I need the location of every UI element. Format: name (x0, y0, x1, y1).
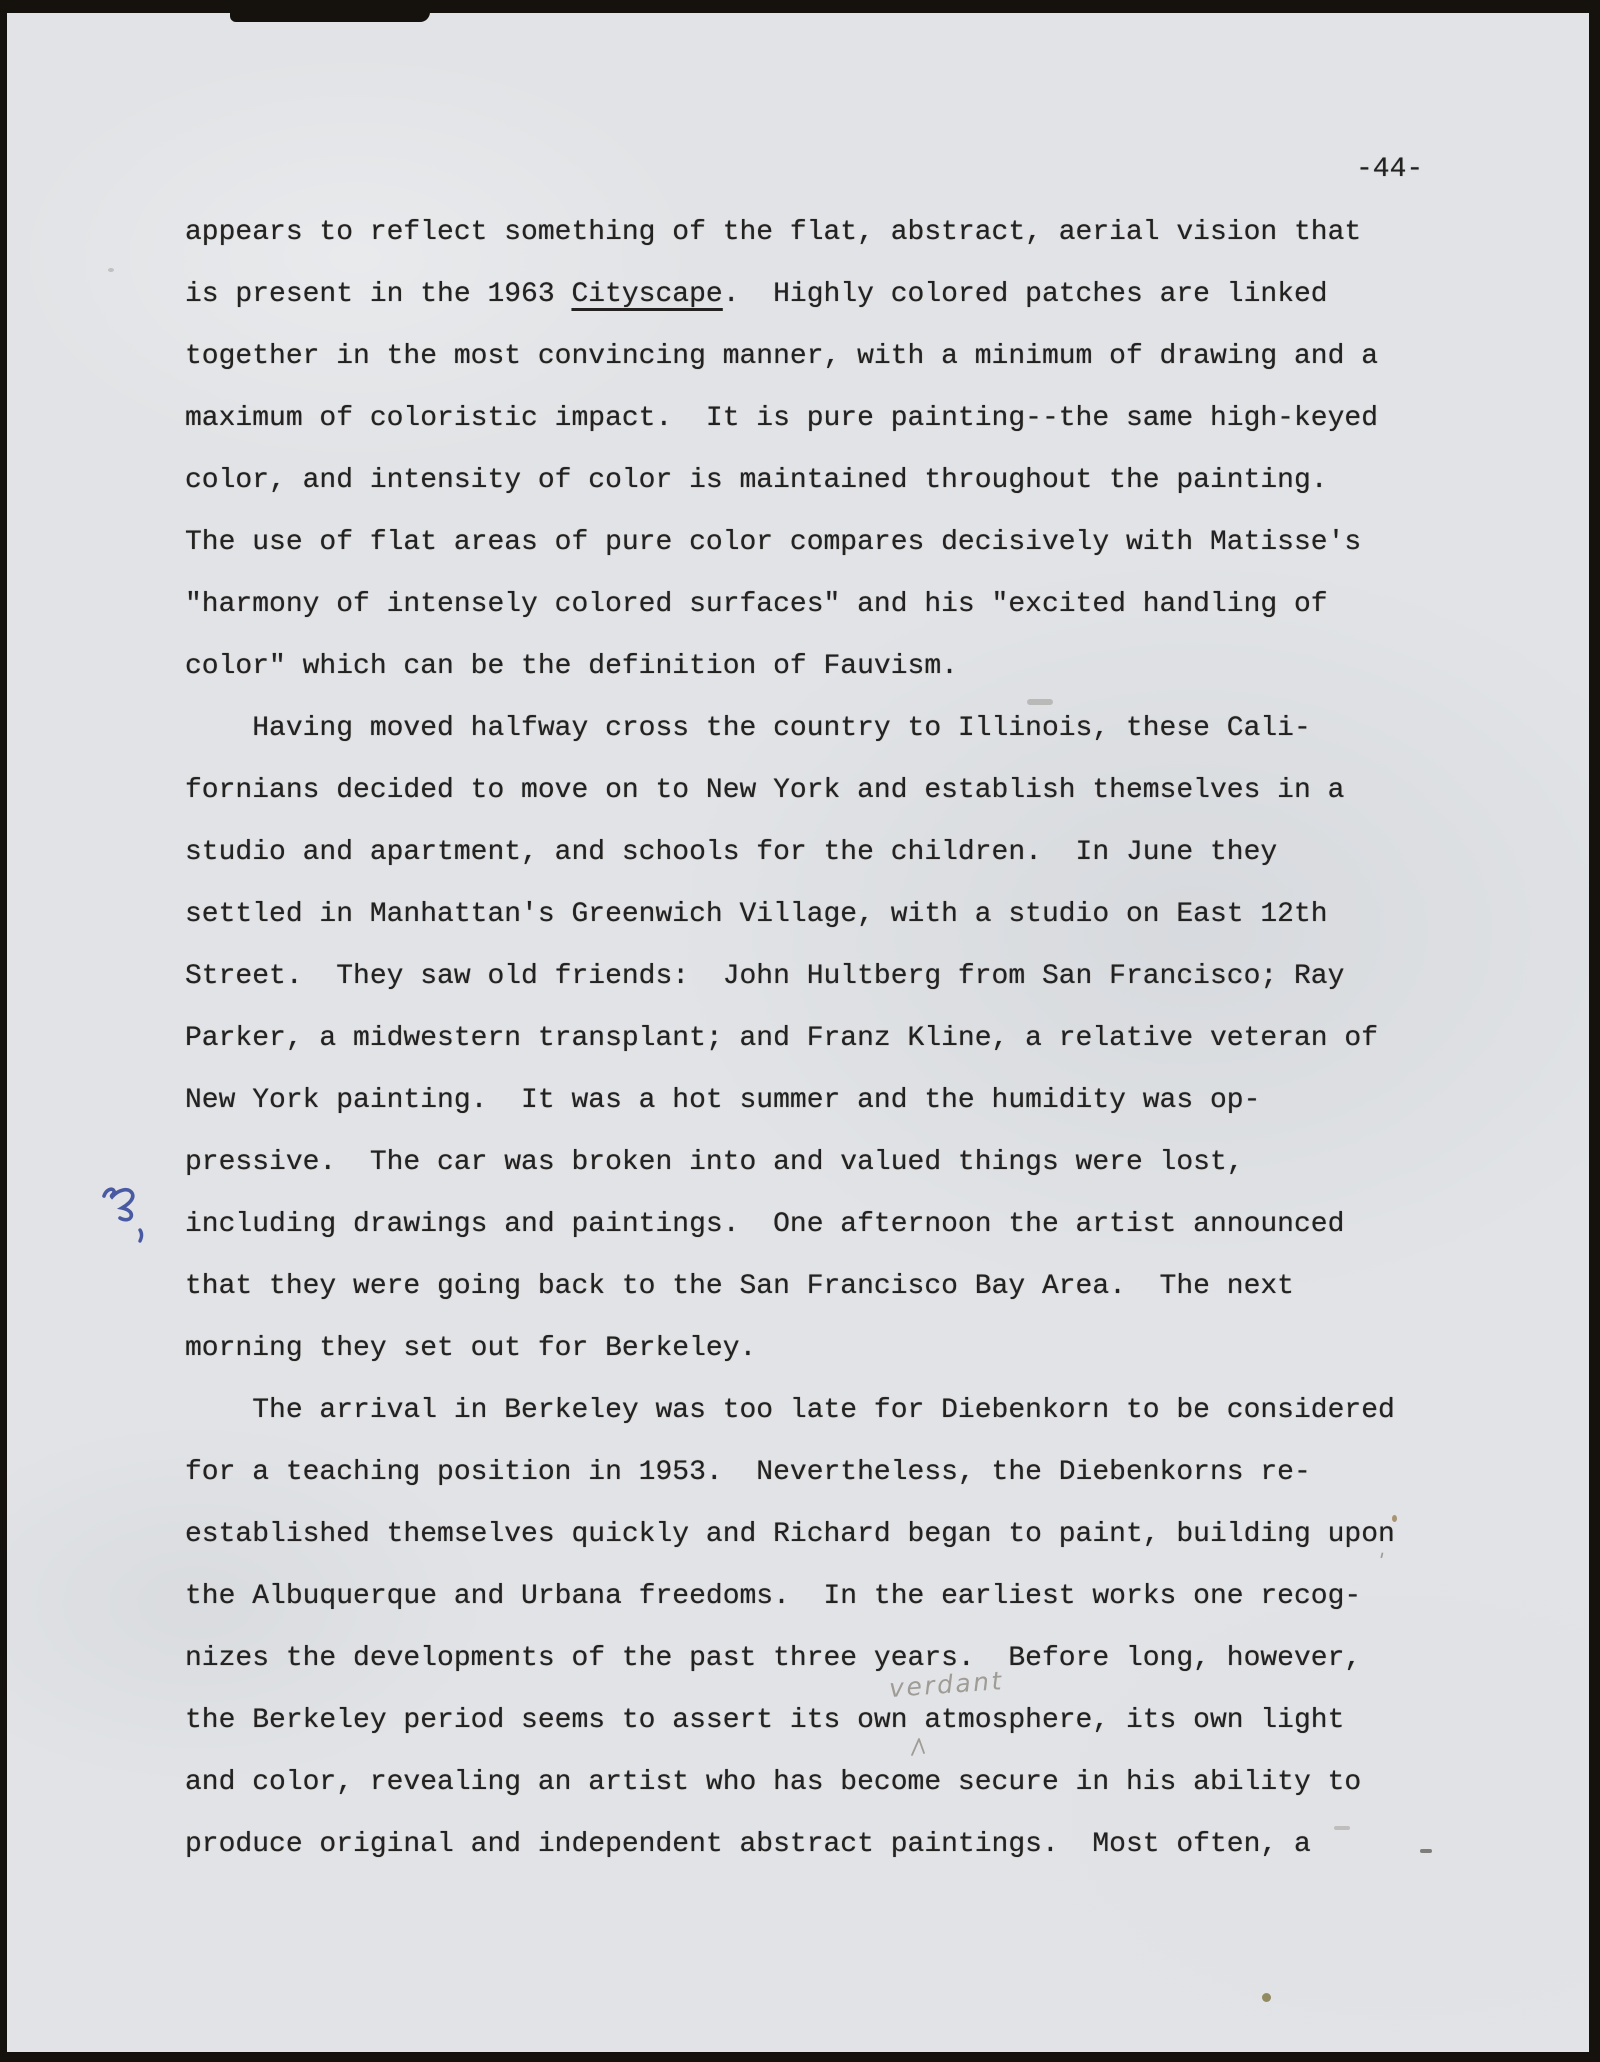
text-line: produce original and independent abstrac… (185, 1828, 1311, 1862)
text-line: established themselves quickly and Richa… (185, 1518, 1395, 1552)
scanned-document-page: { "document": { "page_number": "-44-", "… (0, 0, 1600, 2062)
text-line: Street. They saw old friends: John Hultb… (185, 960, 1344, 994)
text-line: and color, revealing an artist who has b… (185, 1766, 1361, 1800)
text-line: studio and apartment, and schools for th… (185, 836, 1277, 870)
text-line: The arrival in Berkeley was too late for… (185, 1394, 1395, 1428)
text-line: Having moved halfway cross the country t… (185, 712, 1311, 746)
text-line: including drawings and paintings. One af… (185, 1208, 1344, 1242)
text-line: the Albuquerque and Urbana freedoms. In … (185, 1580, 1361, 1614)
text-line: is present in the 1963 Cityscape. Highly… (185, 278, 1328, 312)
paper-speck (108, 268, 114, 272)
text-line: the Berkeley period seems to assert its … (185, 1704, 1344, 1738)
handwritten-margin-mark-icon (96, 1182, 156, 1246)
text-line: New York painting. It was a hot summer a… (185, 1084, 1260, 1118)
text-line: for a teaching position in 1953. Neverth… (185, 1456, 1311, 1490)
scan-background-border: -44- appears to reflect something of the… (0, 0, 1600, 2062)
paper-speck (1262, 1993, 1271, 2002)
paper-speck (1392, 1515, 1397, 1522)
text-line: color, and intensity of color is maintai… (185, 464, 1328, 498)
text-line: "harmony of intensely colored surfaces" … (185, 588, 1328, 622)
paper-speck (1420, 1849, 1432, 1853)
text-line: appears to reflect something of the flat… (185, 216, 1361, 250)
underlined-artwork-title: Cityscape (571, 279, 722, 310)
text-line: Parker, a midwestern transplant; and Fra… (185, 1022, 1378, 1056)
pencil-dash-mark (1334, 1826, 1350, 1830)
text-line: pressive. The car was broken into and va… (185, 1146, 1244, 1180)
paper-smudge (1027, 699, 1053, 705)
text-line: maximum of coloristic impact. It is pure… (185, 402, 1378, 436)
text-line: nizes the developments of the past three… (185, 1642, 1361, 1676)
text-line: The use of flat areas of pure color comp… (185, 526, 1361, 560)
text-line: settled in Manhattan's Greenwich Village… (185, 898, 1328, 932)
scan-border-irregularity (230, 0, 430, 22)
text-line: fornians decided to move on to New York … (185, 774, 1344, 808)
text-line: morning they set out for Berkeley. (185, 1332, 756, 1366)
text-line: together in the most convincing manner, … (185, 340, 1378, 374)
pencil-caret-icon (908, 1736, 932, 1758)
page-number: -44- (1356, 153, 1423, 187)
text-line: color" which can be the definition of Fa… (185, 650, 958, 684)
text-line: that they were going back to the San Fra… (185, 1270, 1294, 1304)
